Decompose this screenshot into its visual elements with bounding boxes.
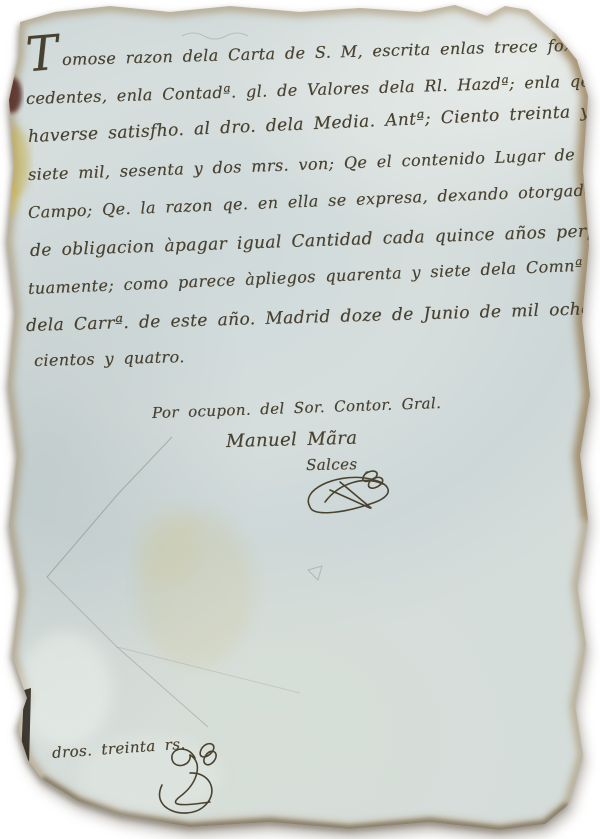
tear-gap-dark (21, 688, 31, 765)
paper-texture-layer (0, 0, 600, 839)
manuscript-line-3: haverse satisfho. al dro. dela Media. An… (28, 101, 591, 147)
yellow-stain-left-2 (0, 183, 19, 217)
manuscript-line-4: siete mil, sesenta y dos mrs. von; Qe el… (28, 142, 600, 184)
signature-rubric-icon (295, 462, 410, 522)
notary-paraph-icon (140, 740, 230, 818)
manuscript-page: T omose razon dela Carta de S. M, escrit… (0, 0, 600, 839)
signer-surname: Salces (306, 455, 358, 474)
manuscript-line-6: de obligacion àpagar igual Cantidad cada… (30, 221, 600, 261)
yellow-stain-left (0, 126, 30, 198)
worn-patch-bottom (78, 735, 222, 815)
center-foxing-stain (137, 512, 253, 668)
aged-edge-tint (7, 5, 590, 830)
signer-name: Manuel Mãra (226, 428, 358, 452)
signature-closing-formula: Por ocupon. del Sor. Contor. Gral. (152, 394, 442, 422)
ornate-initial-letter: T (24, 25, 61, 84)
fold-creases (47, 33, 322, 727)
manuscript-line-7: tuamente; como parece àpliegos quarenta … (28, 256, 584, 298)
worn-patch-bottom-left (17, 632, 113, 748)
manuscript-line-5: Campo; Qe. la razon qe. en ella se expre… (28, 178, 600, 222)
manuscript-line-1: omose razon dela Carta de S. M, escrita … (62, 34, 600, 69)
manuscript-line-8: dela Carrª. de este año. Madrid doze de … (26, 299, 598, 336)
scanned-document: T omose razon dela Carta de S. M, escrit… (0, 0, 600, 839)
maroon-stain (2, 77, 22, 113)
fee-annotation: dros. treinta rs. (51, 735, 186, 762)
paper-shadow: T omose razon dela Carta de S. M, escrit… (0, 0, 600, 839)
manuscript-line-2: cedentes, enla Contadª. gl. de Valores d… (26, 69, 600, 108)
center-foxing-stain-2 (136, 510, 200, 586)
right-edge-darkening (556, 34, 590, 520)
manuscript-line-9: cientos y quatro. (34, 347, 185, 370)
bottom-edge-darkening (42, 779, 568, 830)
